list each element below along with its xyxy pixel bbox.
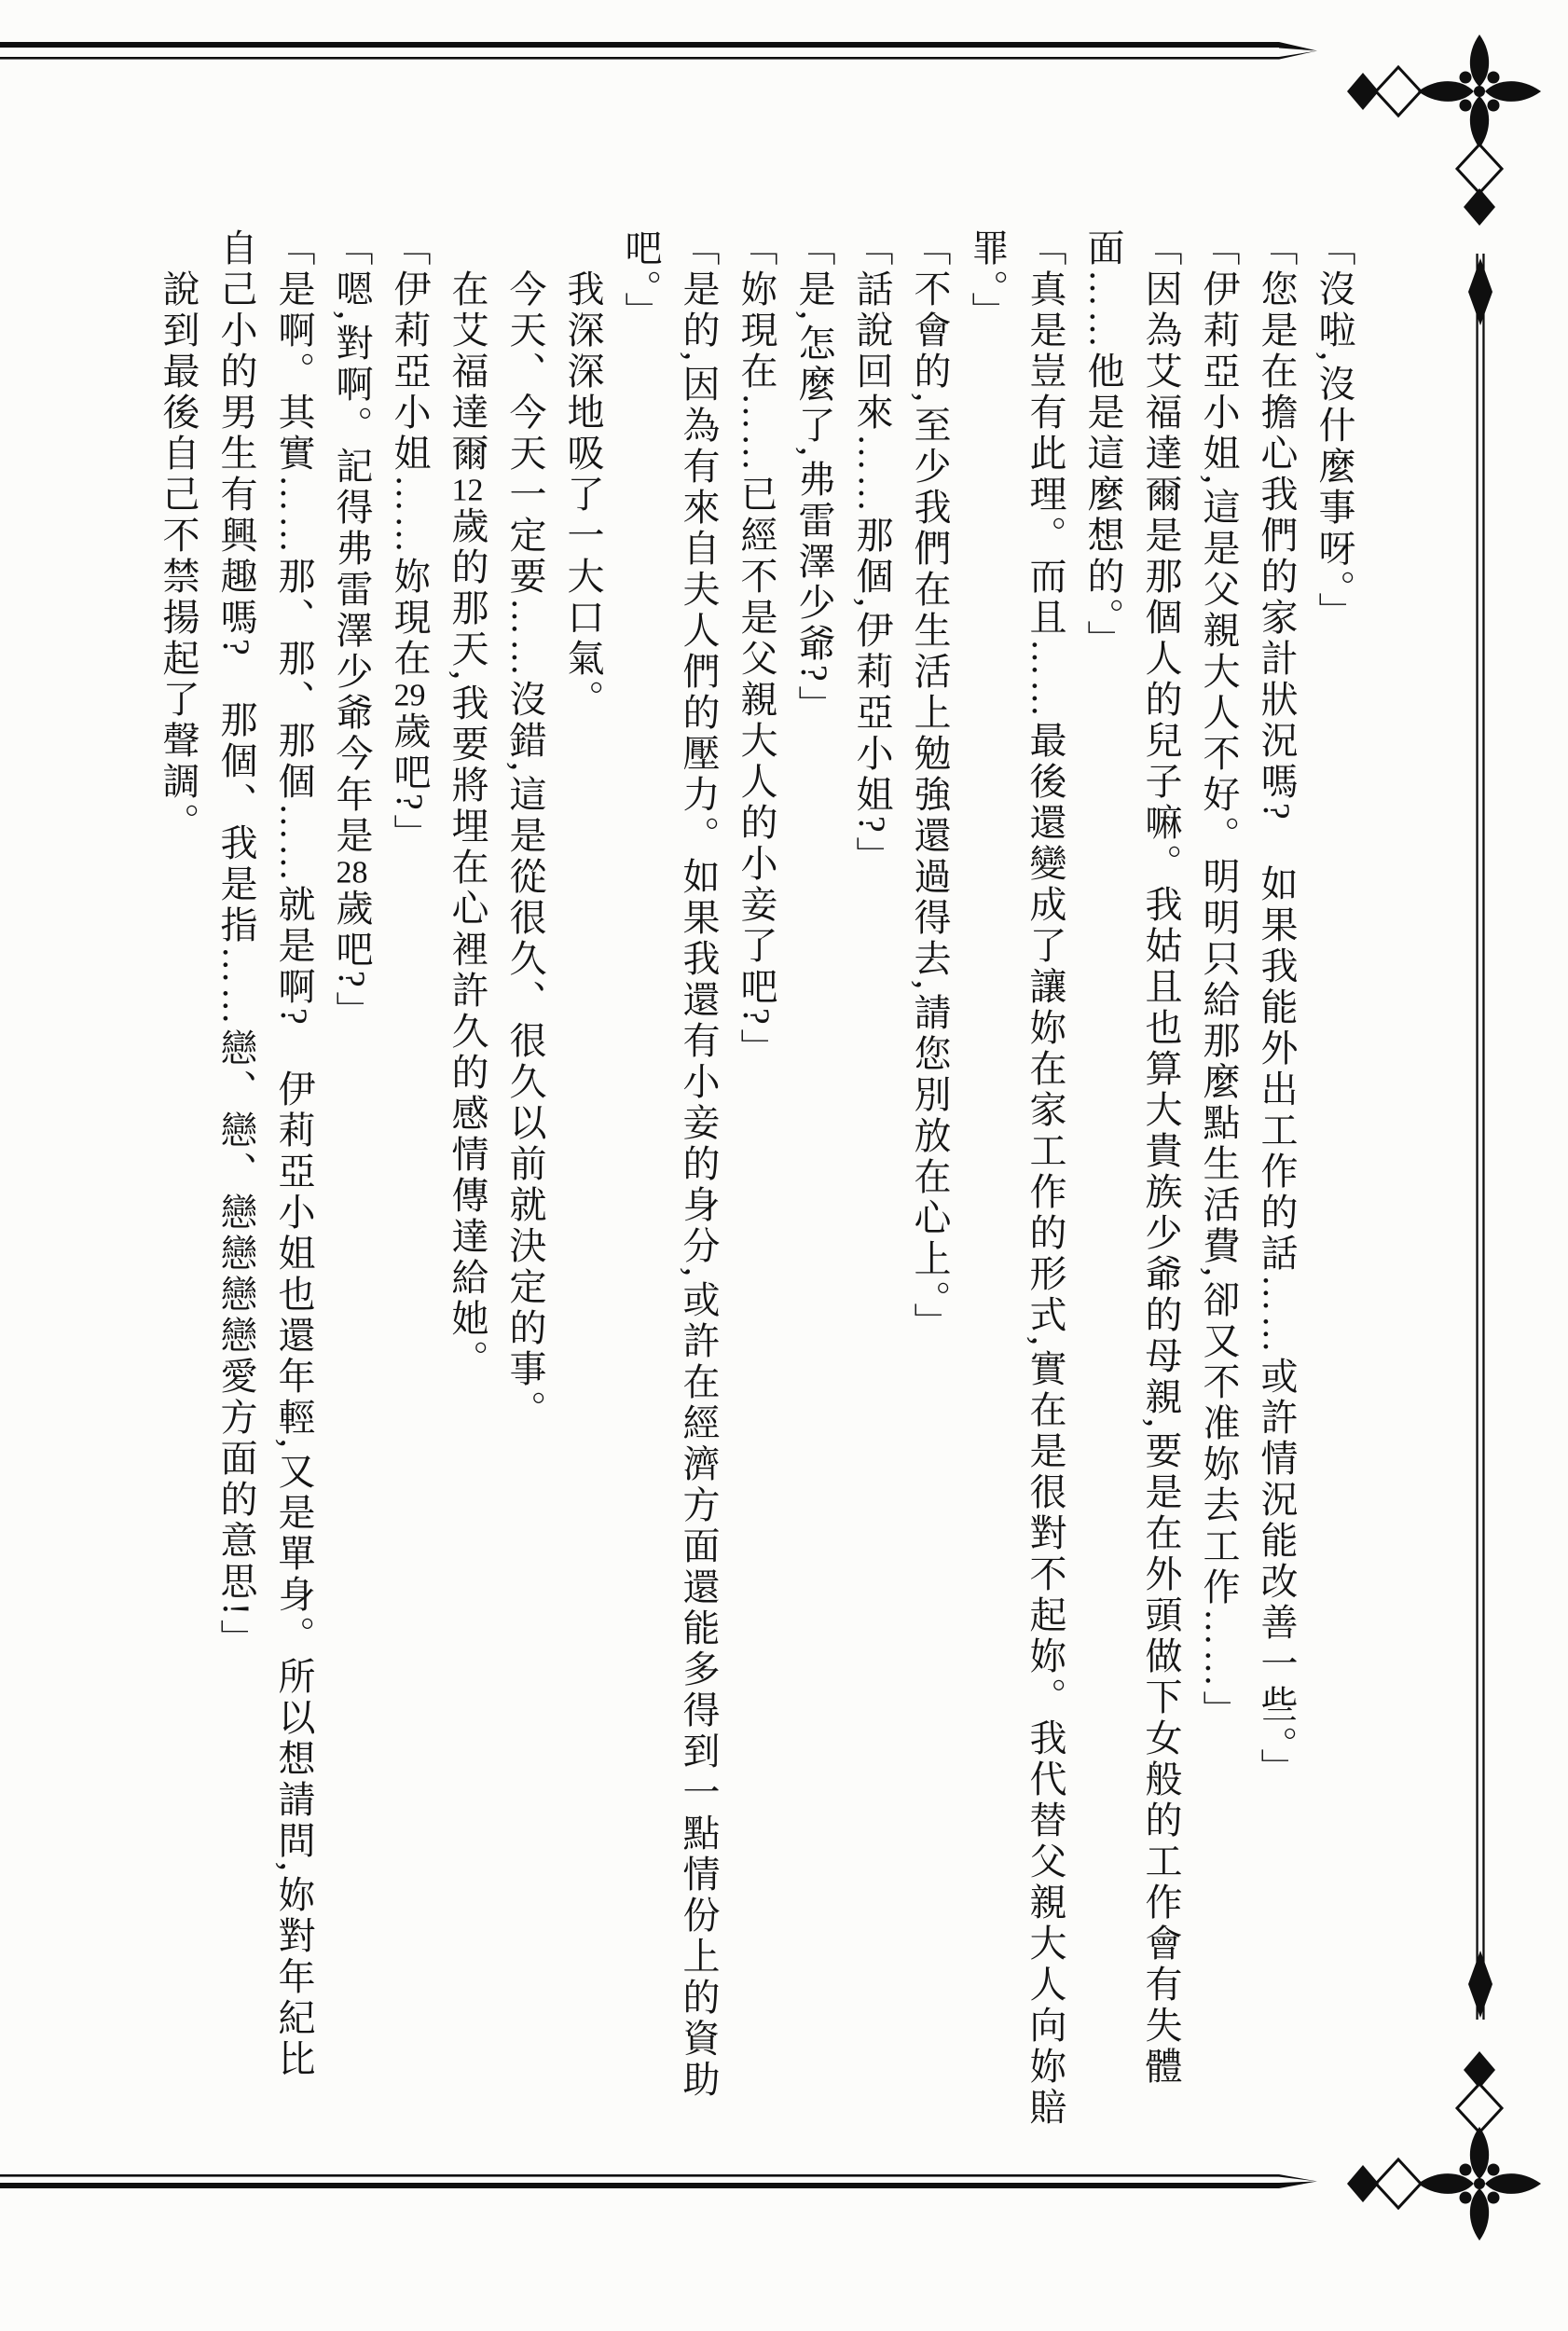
text-column: 我深深地吸了一大口氣。 [564, 228, 601, 2163]
text-column: 「是,怎麼了,弗雷澤少爺?」 [795, 228, 832, 2163]
text-column: 「沒啦,沒什麼事呀。」 [1315, 228, 1353, 2163]
text-column: 「嗯,對啊。記得弗雷澤少爺今年是28歲吧?」 [333, 228, 370, 2163]
text-column: 「是啊。其實……那、那、那個……就是啊? 伊莉亞小姐也還年輕,又是單身。所以想請… [275, 228, 312, 2163]
text-column: 「話說回來……那個,伊莉亞小姐?」 [853, 228, 890, 2163]
text-column: 「因為艾福達爾是那個人的兒子嘛。我姑且也算大貴族少爺的母親,要是在外頭做下女般的… [1142, 228, 1179, 2163]
text-column: 「真是豈有此理。而且……最後還變成了讓妳在家工作的形式,實在是很對不起妳。我代替… [1026, 228, 1064, 2163]
tate-chu-yoko-number: 12 [450, 475, 485, 506]
text-column: 「是的,因為有來自夫人們的壓力。如果我還有小妾的身分,或許在經濟方面還能多得到一… [680, 228, 717, 2163]
text-column: 「您是在擔心我們的家計狀況嗎? 如果我能外出工作的話……或許情況能改善一些。」 [1258, 228, 1295, 2163]
bottom-right-cross-ornament [1347, 2051, 1541, 2241]
text-column: 「伊莉亞小姐,這是父親大人不好。明明只給那麼點生活費,卻又不准妳去工作……」 [1200, 228, 1237, 2163]
top-border-rule [0, 42, 1317, 60]
tate-chu-yoko-number: 29 [392, 680, 427, 711]
bottom-border-rule [0, 2174, 1317, 2188]
top-right-cross-ornament [1347, 34, 1541, 226]
novel-text-block: 「沒啦,沒什麼事呀。」「您是在擔心我們的家計狀況嗎? 如果我能外出工作的話……或… [139, 228, 1353, 2163]
right-vertical-rule [1468, 254, 1492, 2020]
text-column: 今天、今天一定要……沒錯,這是從很久、很久以前就決定的事。 [506, 228, 543, 2163]
text-column: 「妳現在……已經不是父親大人的小妾了吧?」 [737, 228, 775, 2163]
text-column: 吧。」 [622, 228, 659, 2163]
text-column: 面……他是這麼想的。」 [1084, 228, 1121, 2163]
text-column: 罪。」 [969, 228, 1006, 2163]
text-column: 自己小的男生有興趣嗎? 那個、我是指……戀、戀、戀戀戀戀愛方面的意思!」 [217, 228, 254, 2163]
tate-chu-yoko-number: 28 [335, 857, 369, 889]
text-column: 「伊莉亞小姐……妳現在29歲吧?」 [391, 228, 428, 2163]
text-column: 說到最後自己不禁揚起了聲調。 [159, 228, 197, 2163]
novel-page: { "page": { "kind": "vertical-novel-page… [0, 0, 1568, 2331]
text-column: 在艾福達爾12歲的那天,我要將埋在心裡許久的感情傳達給她。 [448, 228, 486, 2163]
text-column: 「不會的,至少我們在生活上勉強還過得去,請您別放在心上。」 [911, 228, 948, 2163]
